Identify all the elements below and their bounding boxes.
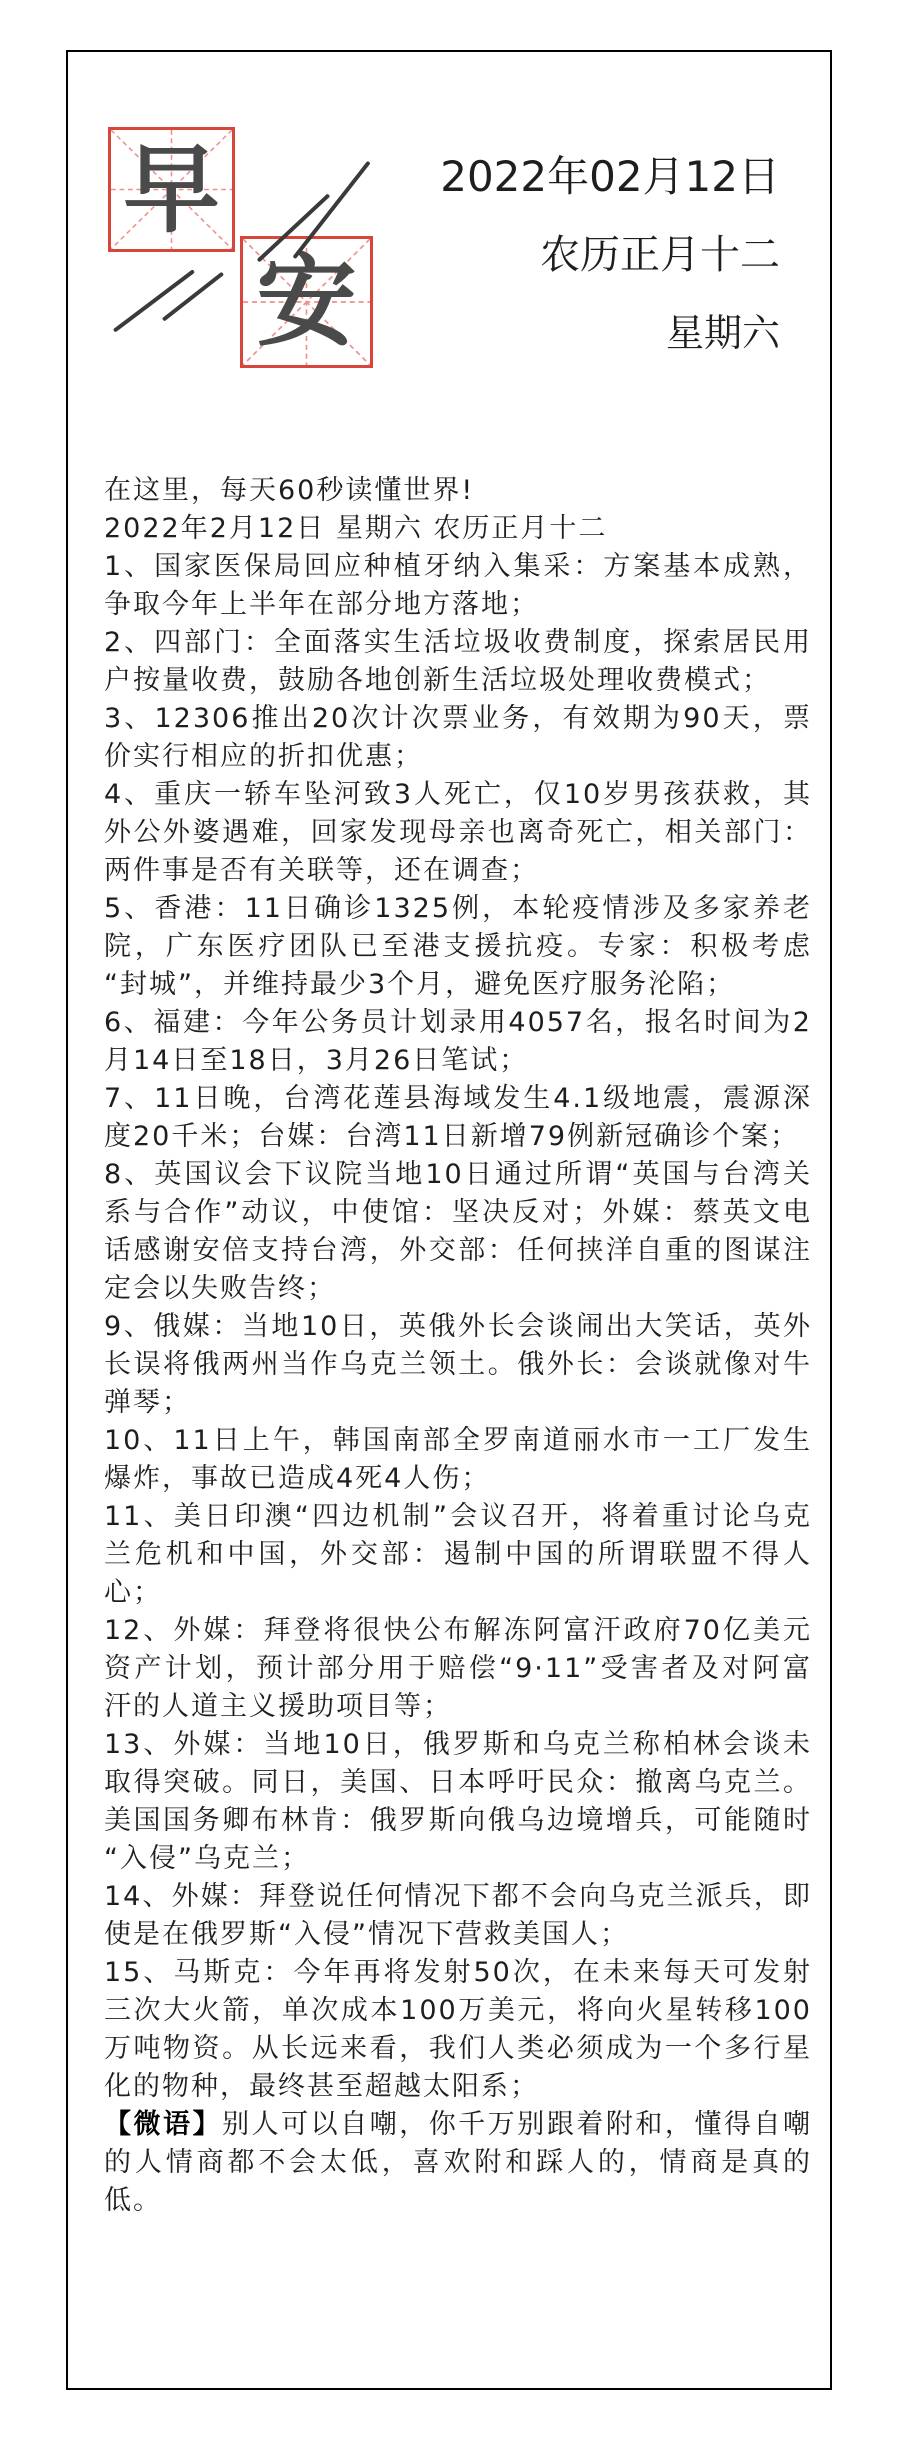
morning-news-card: { "logo": { "top_char": "早", "bottom_cha… [0,0,900,2440]
weekday-text: 星期六 [440,294,780,372]
news-item: 10、11日上午，韩国南部全罗南道丽水市一工厂发生爆炸，事故已造成4死4人伤； [104,1422,812,1498]
zao-character: 早 [111,130,232,249]
weiyu-tag: 【微语】 [104,2109,222,2140]
news-item: 9、俄媒：当地10日，英俄外长会谈闹出大笑话，英外长误将俄两州当作乌克兰领土。俄… [104,1308,812,1422]
intro-line-1: 在这里，每天60秒读懂世界! [104,472,812,510]
news-item: 13、外媒：当地10日，俄罗斯和乌克兰称柏林会谈未取得突破。同日，美国、日本呼吁… [104,1726,812,1878]
news-item: 1、国家医保局回应种植牙纳入集采：方案基本成熟，争取今年上半年在部分地方落地； [104,548,812,624]
news-list: 1、国家医保局回应种植牙纳入集采：方案基本成熟，争取今年上半年在部分地方落地；2… [104,548,812,2106]
news-item: 6、福建：今年公务员计划录用4057名，报名时间为2月14日至18日，3月26日… [104,1004,812,1080]
news-item: 5、香港：11日确诊1325例，本轮疫情涉及多家养老院，广东医疗团队已至港支援抗… [104,890,812,1004]
news-body: 在这里，每天60秒读懂世界! 2022年2月12日 星期六 农历正月十二 1、国… [104,472,812,2220]
page-frame: 早 安 2022年02月12日 农历正月十二 星期六 在这里，每天60秒读懂世界… [66,50,832,2390]
news-item: 4、重庆一轿车坠河致3人死亡，仅10岁男孩获救，其外公外婆遇难，回家发现母亲也离… [104,776,812,890]
slash-icon [162,272,224,322]
intro-line-2: 2022年2月12日 星期六 农历正月十二 [104,510,812,548]
zao-grid-box: 早 [108,127,235,252]
news-item: 14、外媒：拜登说任何情况下都不会向乌克兰派兵，即使是在俄罗斯“入侵”情况下营救… [104,1878,812,1954]
date-block: 2022年02月12日 农历正月十二 星期六 [440,138,780,372]
news-item: 11、美日印澳“四边机制”会议召开，将着重讨论乌克兰危机和中国，外交部：遏制中国… [104,1498,812,1612]
news-item: 15、马斯克：今年再将发射50次，在未来每天可发射三次大火箭，单次成本100万美… [104,1954,812,2106]
weiyu-paragraph: 【微语】别人可以自嘲，你千万别跟着附和，懂得自嘲的人情商都不会太低，喜欢附和踩人… [104,2106,812,2220]
news-item: 3、12306推出20次计次票业务，有效期为90天，票价实行相应的折扣优惠； [104,700,812,776]
news-item: 7、11日晚，台湾花莲县海域发生4.1级地震，震源深度20千米；台媒：台湾11日… [104,1080,812,1156]
news-item: 8、英国议会下议院当地10日通过所谓“英国与台湾关系与合作”动议，中使馆：坚决反… [104,1156,812,1308]
date-text: 2022年02月12日 [440,138,780,216]
news-item: 2、四部门：全面落实生活垃圾收费制度，探索居民用户按量收费，鼓励各地创新生活垃圾… [104,624,812,700]
lunar-date-text: 农历正月十二 [440,216,780,294]
news-item: 12、外媒：拜登将很快公布解冻阿富汗政府70亿美元资产计划，预计部分用于赔偿“9… [104,1612,812,1726]
